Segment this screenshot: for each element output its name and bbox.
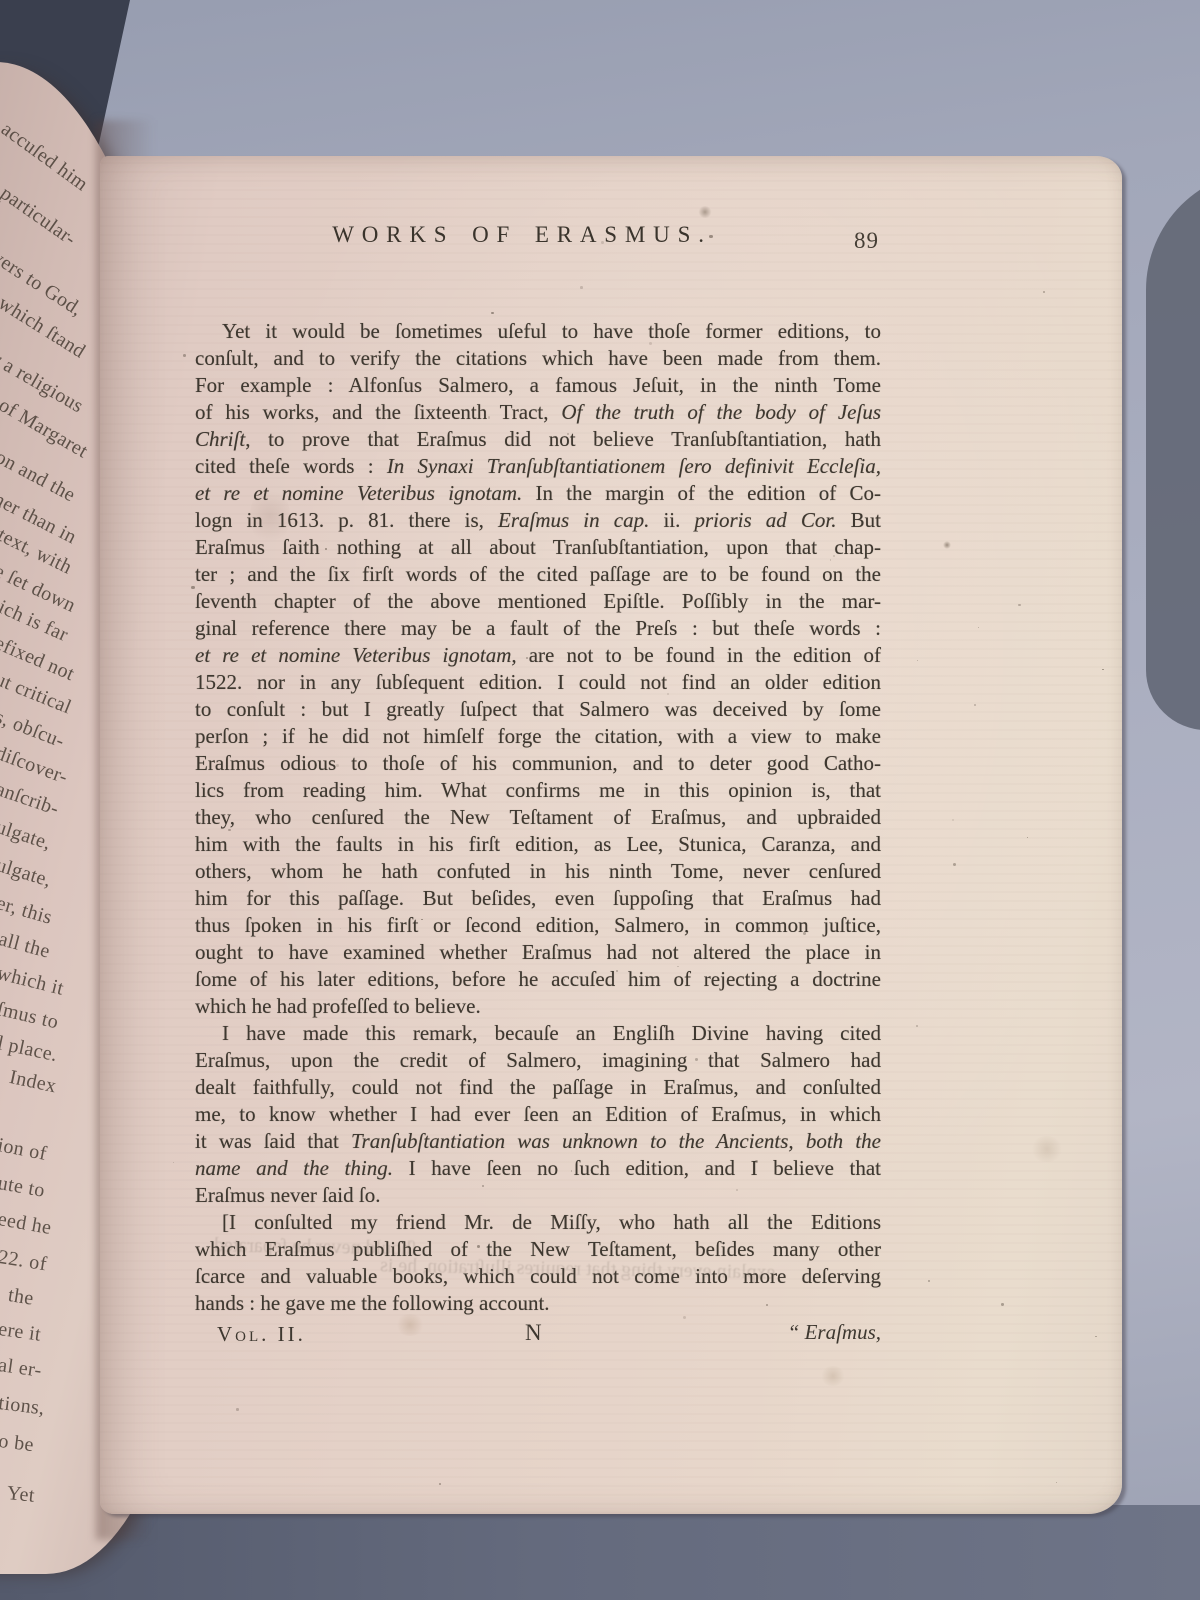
text-line: lics from reading him. What confirms me …	[195, 777, 881, 804]
left-page-fragment: o be	[0, 1430, 35, 1457]
open-book-photo: accuſed him, particular-yers to God,whic…	[0, 0, 1200, 1600]
text-line: which he had profeſſed to believe.	[195, 993, 881, 1020]
printed-text-block: WORKS OF ERASMUS. 89 Yet it would be ſom…	[195, 222, 881, 262]
text-line: logn in 1613. p. 81. there is, Eraſmus i…	[195, 507, 881, 534]
text-line: et re et nomine Veteribus ignotam. In th…	[195, 480, 881, 507]
paper-speck	[1027, 837, 1028, 838]
text-line: conſult, and to verify the citations whi…	[195, 345, 881, 372]
text-line: [I conſulted my friend Mr. de Miſſy, who…	[195, 1209, 881, 1236]
catchword: “ Eraſmus,	[788, 1320, 881, 1345]
paper-speck	[183, 354, 186, 357]
body-text: Yet it would be ſometimes uſeful to have…	[195, 318, 881, 1317]
paper-stain	[820, 1366, 846, 1386]
running-title: WORKS OF ERASMUS.	[179, 222, 865, 248]
left-page-fragment: Index	[7, 1066, 58, 1098]
left-page-fragment: ute to	[0, 1172, 47, 1203]
text-line: him for this paſſage. But beſides, even …	[195, 885, 881, 912]
text-line: 1522. nor in any ſubſequent edition. I c…	[195, 669, 881, 696]
page-footer: Vol. II. N “ Eraſmus,	[195, 1322, 881, 1352]
text-line: Eraſmus odious to thoſe of his communion…	[195, 750, 881, 777]
paper-stain	[1030, 1136, 1064, 1162]
left-page-fragment: accuſed him	[0, 118, 92, 196]
text-line: perſon ; if he did not himſelf forge the…	[195, 723, 881, 750]
text-line: ter ; and the ſix firſt words of the cit…	[195, 561, 881, 588]
left-page-fragment: tions,	[0, 1392, 46, 1420]
text-line: name and the thing. I have ſeen no ſuch …	[195, 1155, 881, 1182]
paper-speck	[1043, 291, 1045, 293]
left-page-fragment: the	[6, 1284, 35, 1311]
left-page-fragment: ere it	[0, 1318, 43, 1347]
text-line: Eraſmus, upon the credit of Salmero, ima…	[195, 1047, 881, 1074]
text-line: cited theſe words : In Synaxi Tranſubſta…	[195, 453, 881, 480]
paper-speck	[916, 1025, 918, 1027]
signature-mark: N	[525, 1320, 542, 1346]
text-line: For example : Alfonſus Salmero, a famous…	[195, 372, 881, 399]
paper-speck	[953, 863, 956, 866]
paper-stain	[698, 206, 712, 218]
left-page-fragment: eed he	[0, 1208, 53, 1240]
paper-speck	[1102, 669, 1103, 670]
book-page: WORKS OF ERASMUS. 89 Yet it would be ſom…	[100, 156, 1122, 1514]
left-page-fragment: ſmus to	[0, 998, 61, 1034]
text-line: it was ſaid that Tranſubſtantiation was …	[195, 1128, 881, 1155]
left-page-fragment: l place.	[0, 1032, 60, 1067]
text-line: others, whom he hath confuted in his nin…	[195, 858, 881, 885]
paper-speck	[1056, 1482, 1057, 1483]
paper-stain	[943, 541, 951, 549]
paper-speck	[1001, 1303, 1003, 1305]
text-line: dealt faithfully, could not find the paſ…	[195, 1074, 881, 1101]
left-page-fragment: ulgate,	[0, 816, 54, 855]
text-line: of his works, and the ſixteenth Tract, O…	[195, 399, 881, 426]
text-line: I have made this remark, becauſe an Engl…	[195, 1020, 881, 1047]
book-cover-edge	[1146, 170, 1200, 730]
paper-speck	[236, 1408, 238, 1410]
paper-speck	[1095, 1336, 1096, 1337]
text-line: they, who cenſured the New Teſtament of …	[195, 804, 881, 831]
text-line: ginal reference there may be a fault of …	[195, 615, 881, 642]
paper-speck	[491, 312, 494, 315]
left-page-fragment: ulgate,	[0, 854, 54, 893]
text-line: ſome of his later editions, before he ac…	[195, 966, 881, 993]
left-page-fragment: which it	[0, 962, 66, 1001]
page-number: 89	[854, 228, 879, 254]
left-page-fragment: all the	[0, 928, 52, 964]
paper-speck	[580, 286, 583, 289]
text-line: which Eraſmus publiſhed of the New Teſta…	[195, 1236, 881, 1263]
text-line: to conſult : but I greatly ſuſpect that …	[195, 696, 881, 723]
text-line: Chriſt, to prove that Eraſmus did not be…	[195, 426, 881, 453]
text-line: Eraſmus never ſaid ſo.	[195, 1182, 881, 1209]
left-page-fragment: al er-	[0, 1354, 43, 1383]
left-page-fragment: 22. of	[0, 1246, 48, 1276]
paper-speck	[1018, 604, 1021, 607]
volume-label: Vol. II.	[217, 1322, 306, 1347]
running-header: WORKS OF ERASMUS. 89	[195, 222, 881, 262]
text-line: et re et nomine Veteribus ignotam, are n…	[195, 642, 881, 669]
text-line: Yet it would be ſometimes uſeful to have…	[195, 318, 881, 345]
paper-speck	[917, 660, 918, 661]
text-line: thus ſpoken in his firſt or ſecond editi…	[195, 912, 881, 939]
paper-speck	[978, 627, 979, 628]
left-page-fragment: ion of	[0, 1134, 49, 1166]
paper-speck	[439, 1483, 441, 1485]
text-line: ſeventh chapter of the above mentioned E…	[195, 588, 881, 615]
text-line: ought to have examined whether Eraſmus h…	[195, 939, 881, 966]
text-line: me, to know whether I had ever ſeen an E…	[195, 1101, 881, 1128]
text-line: Eraſmus ſaith nothing at all about Tranſ…	[195, 534, 881, 561]
text-line: ſcarce and valuable books, which could n…	[195, 1263, 881, 1290]
paper-speck	[952, 819, 955, 822]
text-line: him with the faults in his firſt edition…	[195, 831, 881, 858]
paper-speck	[173, 1162, 174, 1163]
paper-speck	[928, 1280, 930, 1282]
left-page-fragment: er, this	[0, 892, 55, 930]
text-line: hands : he gave me the following account…	[195, 1290, 881, 1317]
paper-speck	[974, 704, 976, 706]
left-page-fragment: Yet	[6, 1482, 36, 1508]
